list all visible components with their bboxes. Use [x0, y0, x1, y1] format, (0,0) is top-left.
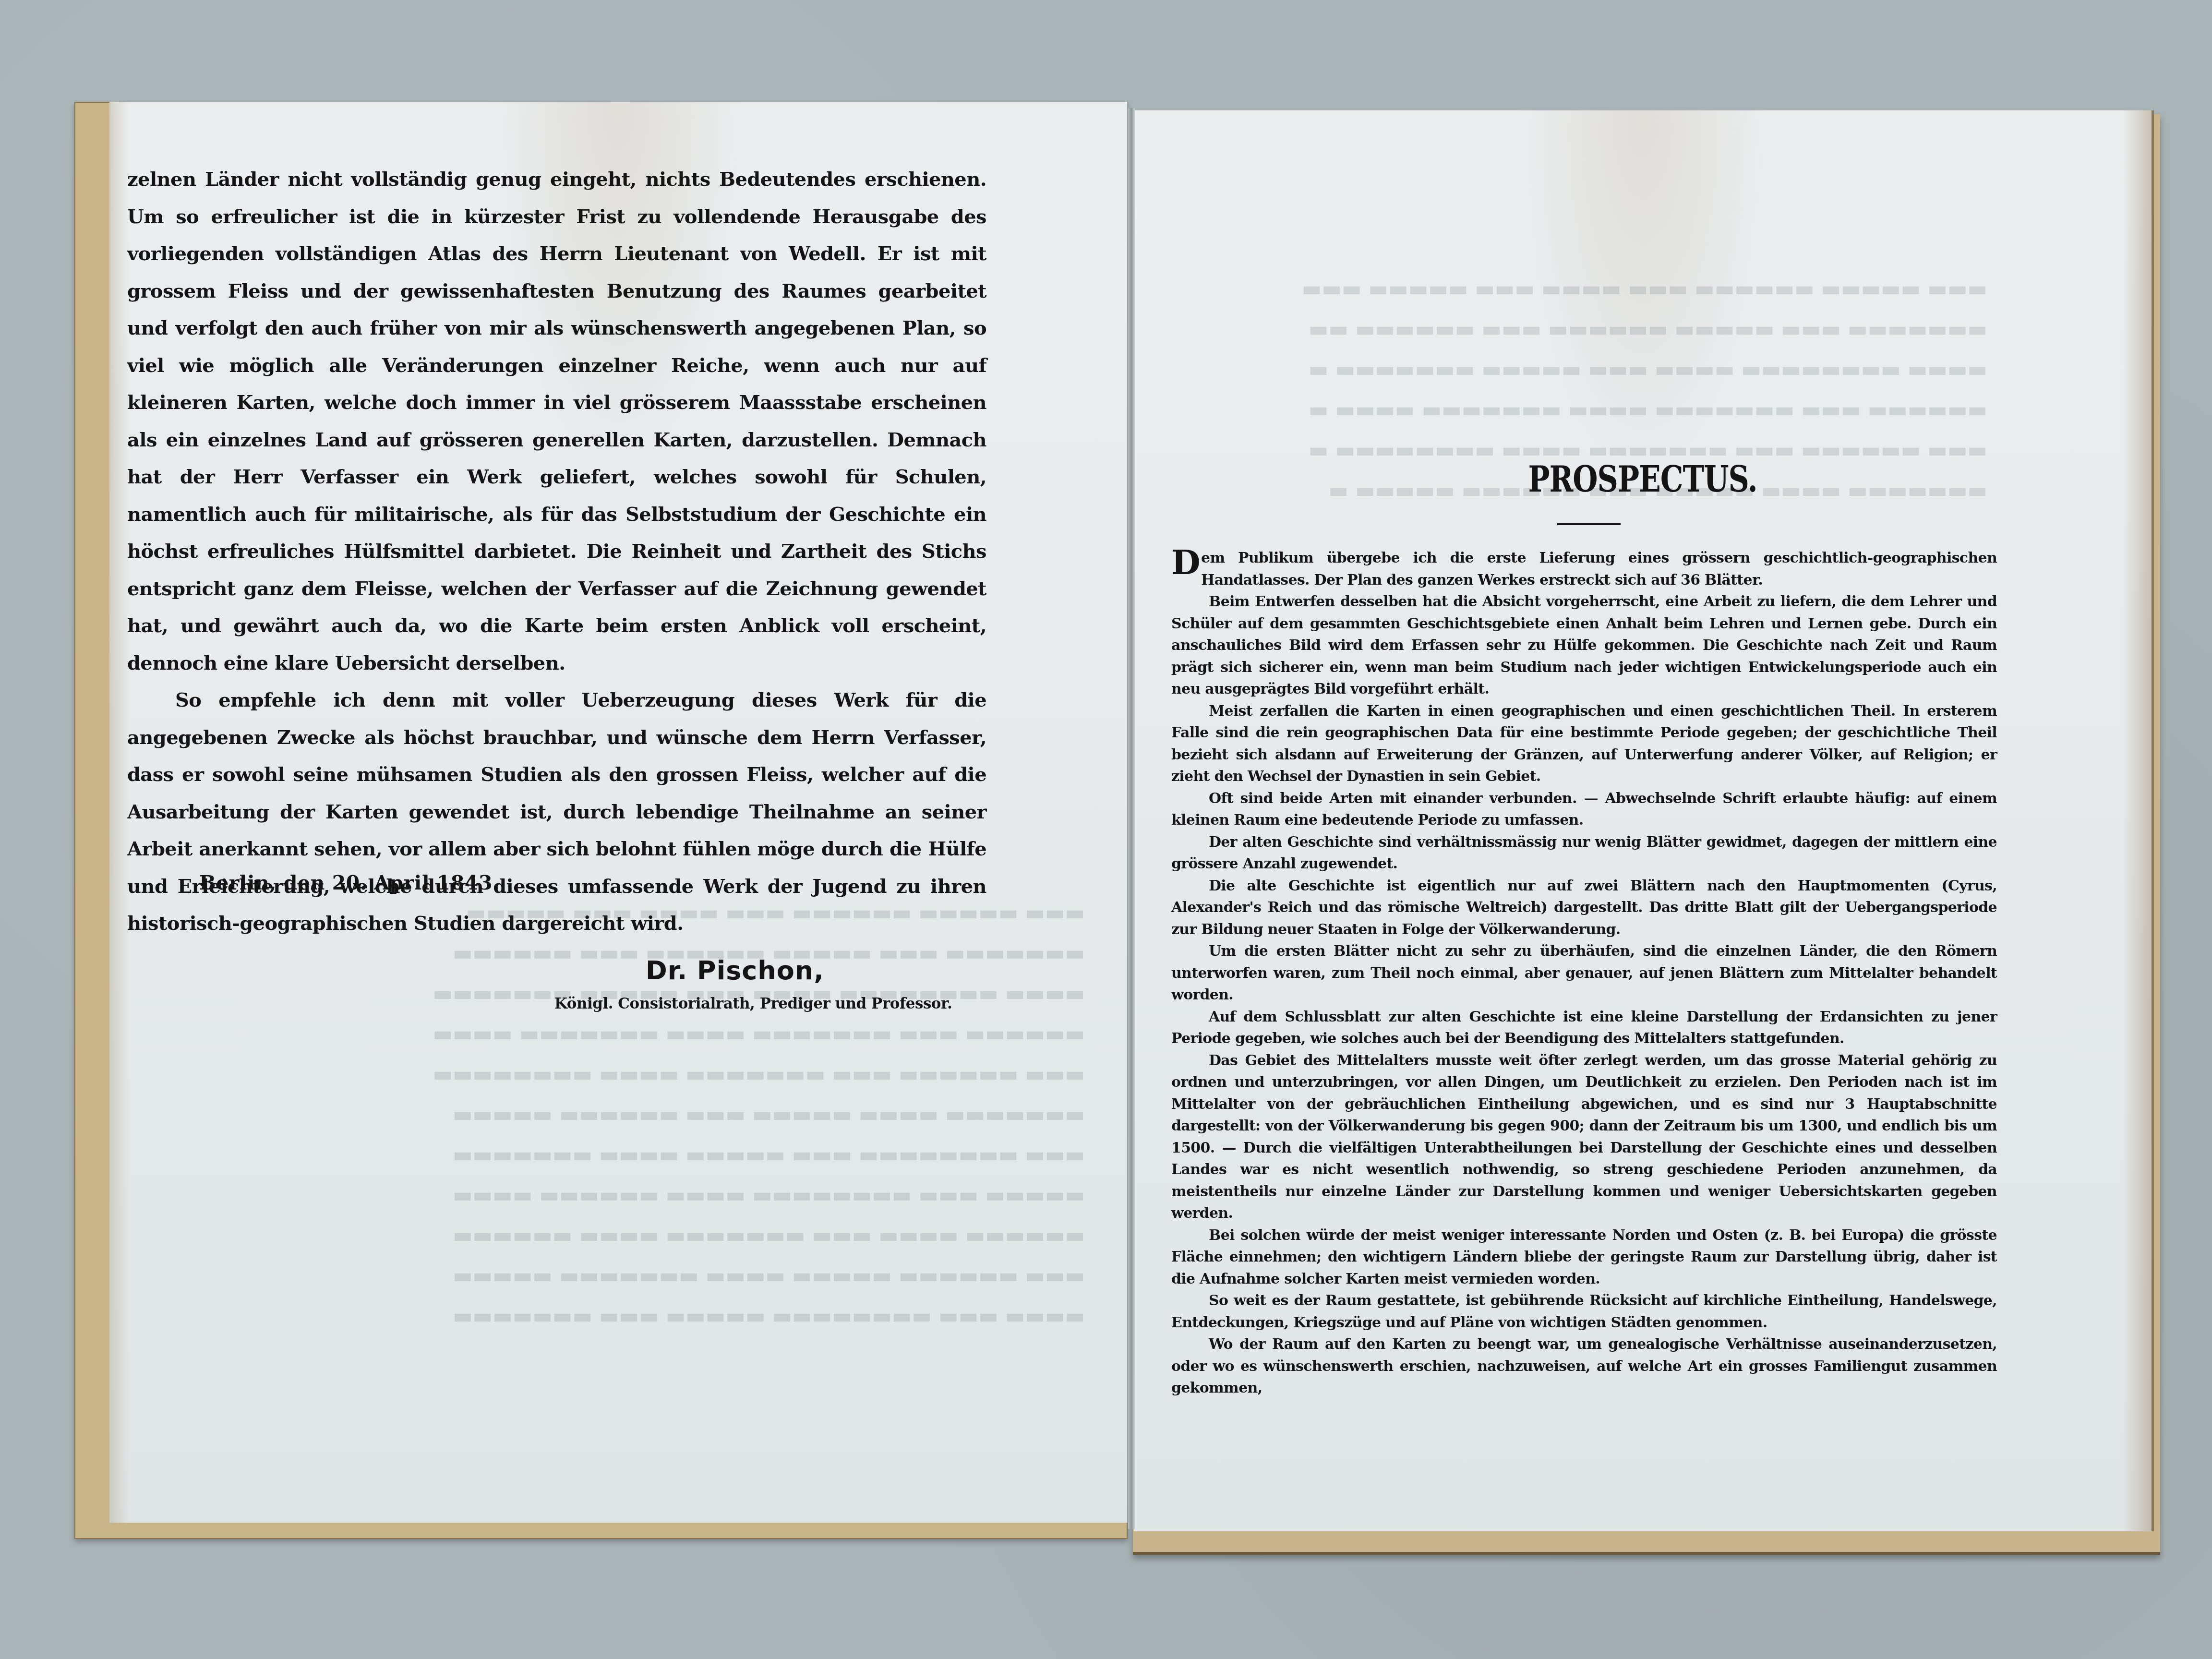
right-paragraph-6: Die alte Geschichte ist eigentlich nur a…: [1171, 875, 1997, 941]
right-paragraph-5: Der alten Geschichte sind verhältnissmäs…: [1171, 831, 1997, 875]
right-paragraph-12: Wo der Raum auf den Karten zu beengt war…: [1171, 1334, 1997, 1399]
title-divider: [1557, 523, 1621, 525]
right-paragraph-2: Beim Entwerfen desselben hat die Absicht…: [1171, 591, 1997, 700]
right-paragraph-10: Bei solchen würde der meist weniger inte…: [1171, 1225, 1997, 1290]
right-paragraph-11: So weit es der Raum gestattete, ist gebü…: [1171, 1290, 1997, 1334]
right-paragraph-3: Meist zerfallen die Karten in einen geog…: [1171, 700, 1997, 788]
signer-title: Königl. Consistorialrath, Prediger und P…: [554, 995, 952, 1012]
book-gutter-fold: [1128, 108, 1135, 1529]
left-page-body: zelnen Länder nicht vollständig genug ei…: [127, 161, 986, 942]
drop-cap: D: [1171, 550, 1200, 575]
left-paragraph-1: zelnen Länder nicht vollständig genug ei…: [127, 161, 986, 682]
signer-name: Dr. Pischon,: [646, 955, 824, 986]
right-page-body: Dem Publikum übergebe ich die erste Lief…: [1171, 547, 1997, 1399]
right-paragraph-7: Um die ersten Blätter nicht zu sehr zu ü…: [1171, 940, 1997, 1006]
right-paragraph-4: Oft sind beide Arten mit einander verbun…: [1171, 788, 1997, 831]
right-paragraph-9: Das Gebiet des Mittelalters musste weit …: [1171, 1050, 1997, 1225]
prospectus-title: PROSPECTUS.: [1134, 458, 2152, 501]
left-paragraph-2: So empfehle ich denn mit voller Ueberzeu…: [127, 682, 986, 942]
date-line: Berlin, den 20. April 1843.: [199, 871, 500, 894]
right-paragraph-1: Dem Publikum übergebe ich die erste Lief…: [1171, 547, 1997, 591]
right-paragraph-8: Auf dem Schlussblatt zur alten Geschicht…: [1171, 1006, 1997, 1050]
